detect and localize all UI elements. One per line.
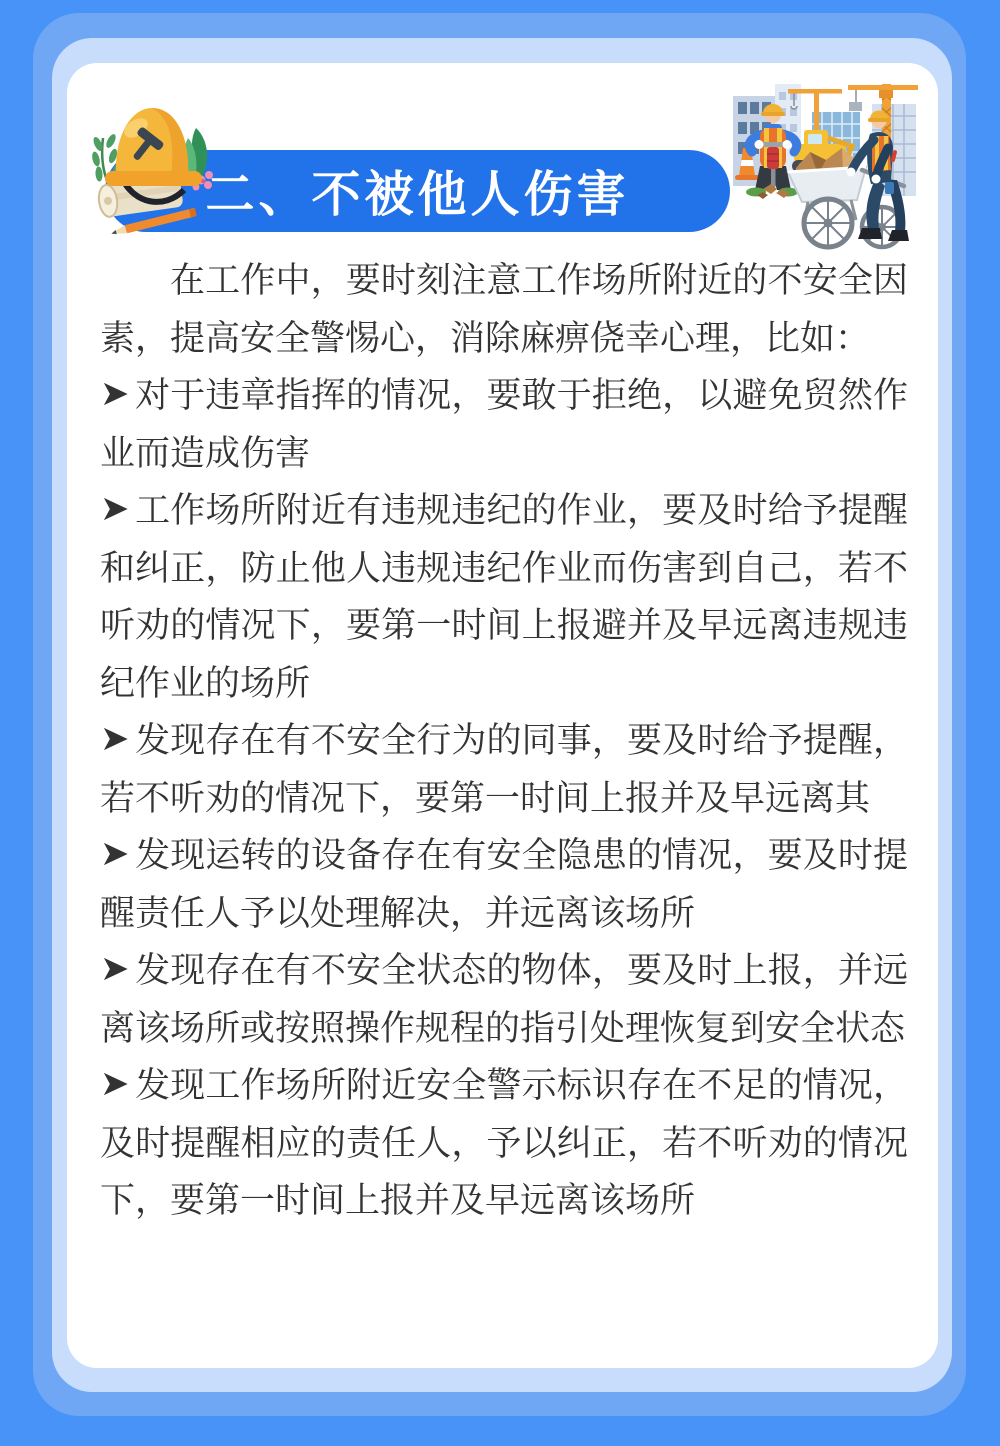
bullet-text: 发现工作场所附近安全警示标识存在不足的情况，及时提醒相应的责任人，予以纠正，若不…	[100, 1066, 908, 1220]
bullet-item-2: ➤工作场所附近有违规违纪的作业，要及时给予提醒和纠正，防止他人违规违纪作业而伤害…	[100, 482, 908, 712]
hardhat-illustration	[88, 80, 224, 242]
bullet-text: 对于违章指挥的情况，要敢于拒绝，以避免贸然作业而造成伤害	[100, 376, 908, 473]
bullet-arrow-icon: ➤	[100, 1055, 135, 1113]
bullet-text: 发现存在有不安全行为的同事，要及时给予提醒，若不听劝的情况下，要第一时间上报并及…	[100, 721, 908, 818]
bullet-text: 发现运转的设备存在有安全隐患的情况，要及时提醒责任人予以处理解决，并远离该场所	[100, 836, 908, 933]
bullet-arrow-icon: ➤	[100, 710, 135, 768]
bullet-arrow-icon: ➤	[100, 365, 135, 423]
bullet-arrow-icon: ➤	[100, 825, 135, 883]
bullet-item-1: ➤对于违章指挥的情况，要敢于拒绝，以避免贸然作业而造成伤害	[100, 367, 908, 482]
page-title: 二、不被他人伤害	[205, 156, 629, 226]
body-text: 在工作中，要时刻注意工作场所附近的不安全因素，提高安全警惕心，消除麻痹侥幸心理，…	[100, 252, 908, 1230]
bullet-arrow-icon: ➤	[100, 480, 135, 538]
bullet-text: 工作场所附近有违规违纪的作业，要及时给予提醒和纠正，防止他人违规违纪作业而伤害到…	[100, 491, 908, 703]
bullet-item-3: ➤发现存在有不安全行为的同事，要及时给予提醒，若不听劝的情况下，要第一时间上报并…	[100, 712, 908, 827]
bullet-item-5: ➤发现存在有不安全状态的物体，要及时上报，并远离该场所或按照操作规程的指引处理恢…	[100, 942, 908, 1057]
bullet-arrow-icon: ➤	[100, 940, 135, 998]
intro-paragraph: 在工作中，要时刻注意工作场所附近的不安全因素，提高安全警惕心，消除麻痹侥幸心理，…	[100, 252, 908, 367]
bullet-item-4: ➤发现运转的设备存在有安全隐患的情况，要及时提醒责任人予以处理解决，并远离该场所	[100, 827, 908, 942]
construction-scene-illustration	[730, 82, 920, 252]
bullet-item-6: ➤发现工作场所附近安全警示标识存在不足的情况，及时提醒相应的责任人，予以纠正，若…	[100, 1057, 908, 1230]
poster-page: 二、不被他人伤害	[0, 0, 1000, 1446]
bullet-text: 发现存在有不安全状态的物体，要及时上报，并远离该场所或按照操作规程的指引处理恢复…	[100, 951, 908, 1048]
